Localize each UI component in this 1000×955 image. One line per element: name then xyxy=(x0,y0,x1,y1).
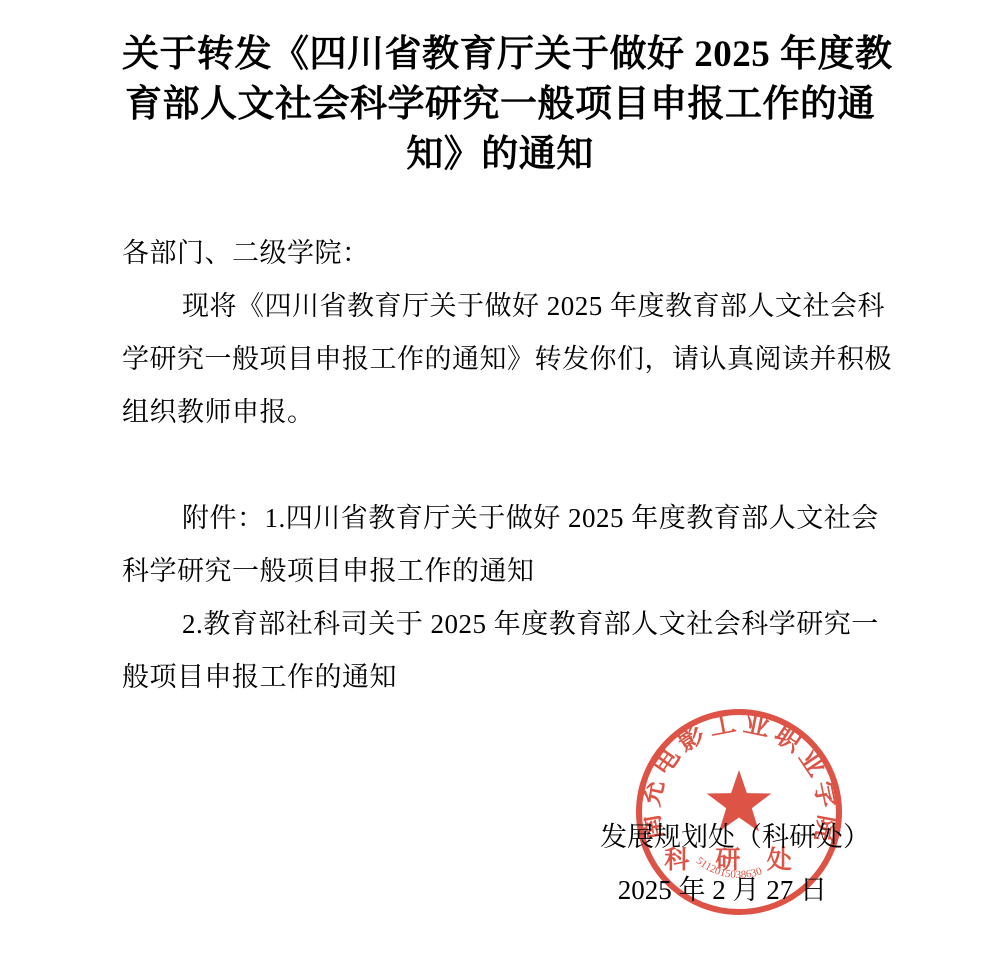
paragraph-line: 学研究一般项目申报工作的通知》转发你们，请认真阅读并积极 xyxy=(122,333,878,386)
salutation: 各部门、二级学院： xyxy=(122,227,878,280)
attachment-line: 般项目申报工作的通知 xyxy=(122,651,878,704)
attachment-line: 科学研究一般项目申报工作的通知 xyxy=(122,545,878,598)
document-page: 关于转发《四川省教育厅关于做好 2025 年度教 育部人文社会科学研究一般项目申… xyxy=(0,0,1000,955)
title-line-1: 关于转发《四川省教育厅关于做好 2025 年度教 xyxy=(122,30,878,80)
signature-date: 2025 年 2 月 27 日 xyxy=(122,864,878,917)
attachment-line: 2.教育部社科司关于 2025 年度教育部人文社会科学研究一 xyxy=(122,598,878,651)
attachments-section: 附件：1.四川省教育厅关于做好 2025 年度教育部人文社会 科学研究一般项目申… xyxy=(122,492,878,704)
signature-department: 发展规划处（科研处） xyxy=(122,811,878,864)
paragraph-1: 现将《四川省教育厅关于做好 2025 年度教育部人文社会科 学研究一般项目申报工… xyxy=(122,280,878,439)
document-title: 关于转发《四川省教育厅关于做好 2025 年度教 育部人文社会科学研究一般项目申… xyxy=(122,30,878,180)
signature-block: 发展规划处（科研处） 2025 年 2 月 27 日 xyxy=(122,811,878,917)
notice-document: 关于转发《四川省教育厅关于做好 2025 年度教 育部人文社会科学研究一般项目申… xyxy=(0,30,1000,917)
title-line-3: 知》的通知 xyxy=(122,130,878,180)
attachment-line: 附件：1.四川省教育厅关于做好 2025 年度教育部人文社会 xyxy=(122,492,878,545)
paragraph-line: 现将《四川省教育厅关于做好 2025 年度教育部人文社会科 xyxy=(122,280,878,333)
paragraph-line: 组织教师申报。 xyxy=(122,386,878,439)
document-body: 各部门、二级学院： 现将《四川省教育厅关于做好 2025 年度教育部人文社会科 … xyxy=(122,227,878,917)
title-line-2: 育部人文社会科学研究一般项目申报工作的通 xyxy=(122,80,878,130)
